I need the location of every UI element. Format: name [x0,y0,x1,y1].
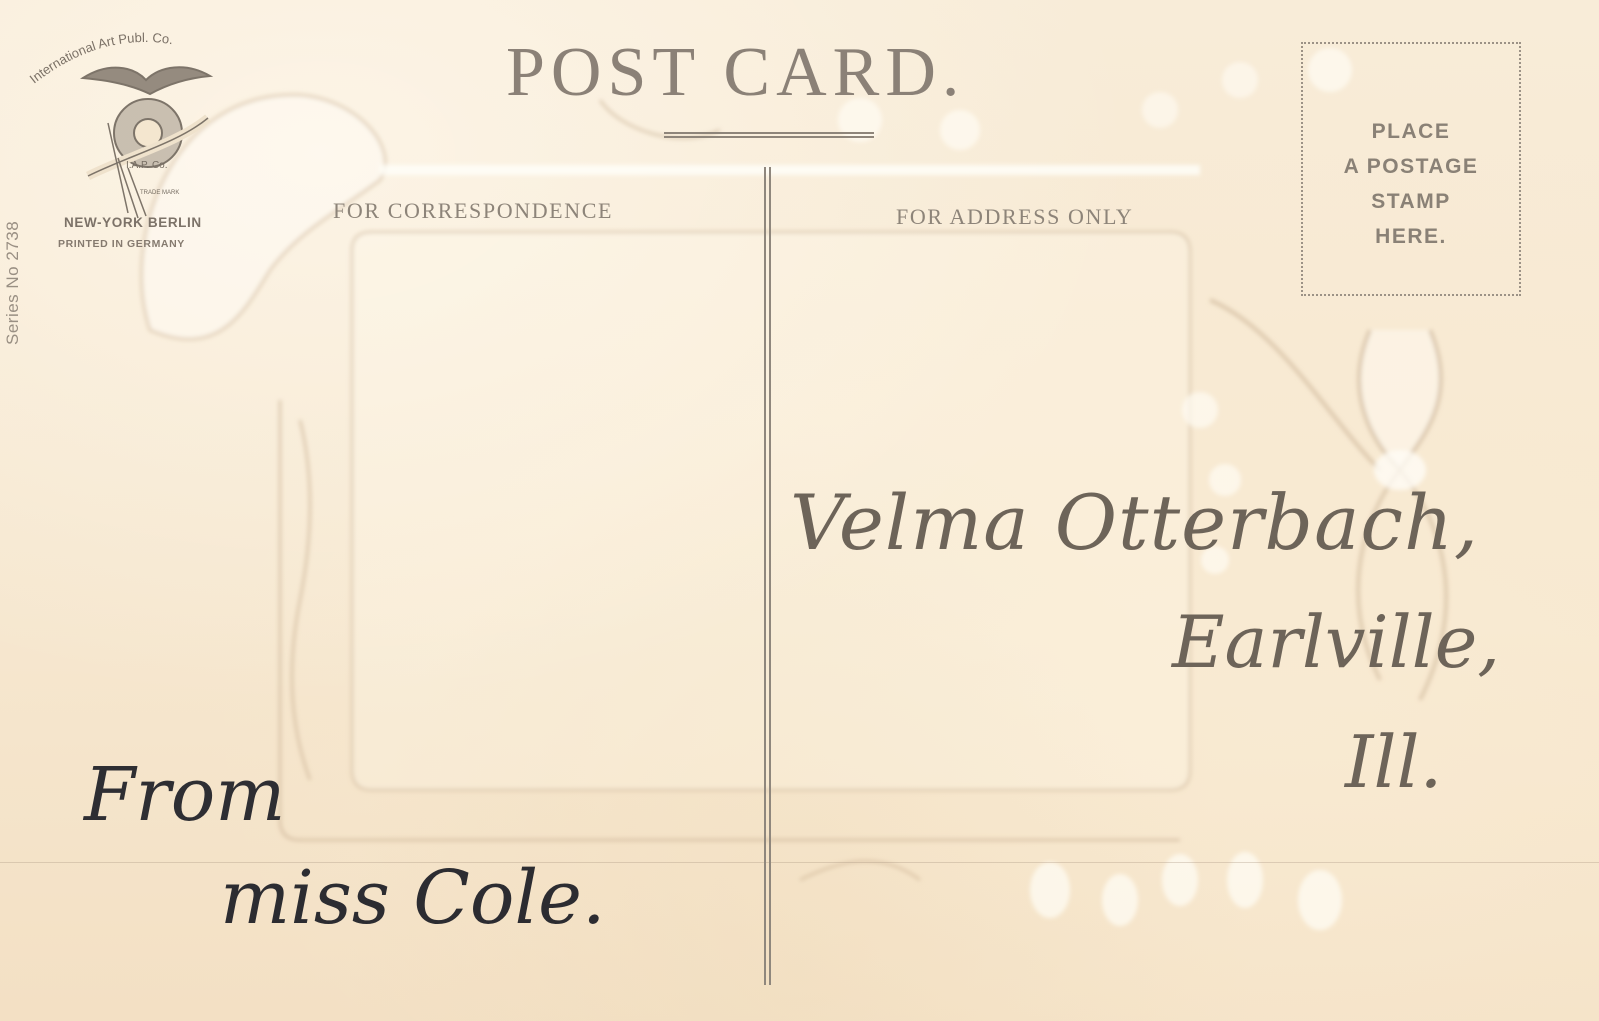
stamp-line: STAMP [1303,184,1519,219]
handwritten-recipient-city: Earlville, [1172,600,1500,684]
stamp-line: A POSTAGE [1303,149,1519,184]
address-label: FOR ADDRESS ONLY [896,204,1133,230]
correspondence-label: FOR CORRESPONDENCE [333,198,613,224]
handwritten-recipient-state: Ill. [1345,720,1442,804]
stamp-line: PLACE [1303,114,1519,149]
svg-text:TRADE MARK: TRADE MARK [140,190,179,196]
eagle-globe-emblem-icon: I.A.P. Co. TRADE MARK [78,48,218,228]
center-divider-line [764,167,771,985]
postcard-title: POST CARD. [506,38,1036,108]
handwritten-from-label: From [84,752,285,838]
publisher-logo: International Art Publ. Co. I.A.P. Co. T… [20,22,250,262]
handwritten-sender-name: miss Cole. [220,855,605,941]
series-number: Series No 2738 [3,221,23,345]
stamp-line: HERE. [1303,219,1519,254]
postcard-back: International Art Publ. Co. I.A.P. Co. T… [0,0,1599,1021]
handwritten-recipient-name: Velma Otterbach, [790,478,1479,567]
title-double-rule [664,132,874,138]
publisher-cities: NEW-YORK BERLIN [64,215,254,230]
printed-in-label: PRINTED IN GERMANY [58,238,258,250]
svg-text:I.A.P. Co.: I.A.P. Co. [126,160,168,171]
stamp-box: PLACE A POSTAGE STAMP HERE. [1301,42,1521,296]
stamp-instructions: PLACE A POSTAGE STAMP HERE. [1303,114,1519,254]
